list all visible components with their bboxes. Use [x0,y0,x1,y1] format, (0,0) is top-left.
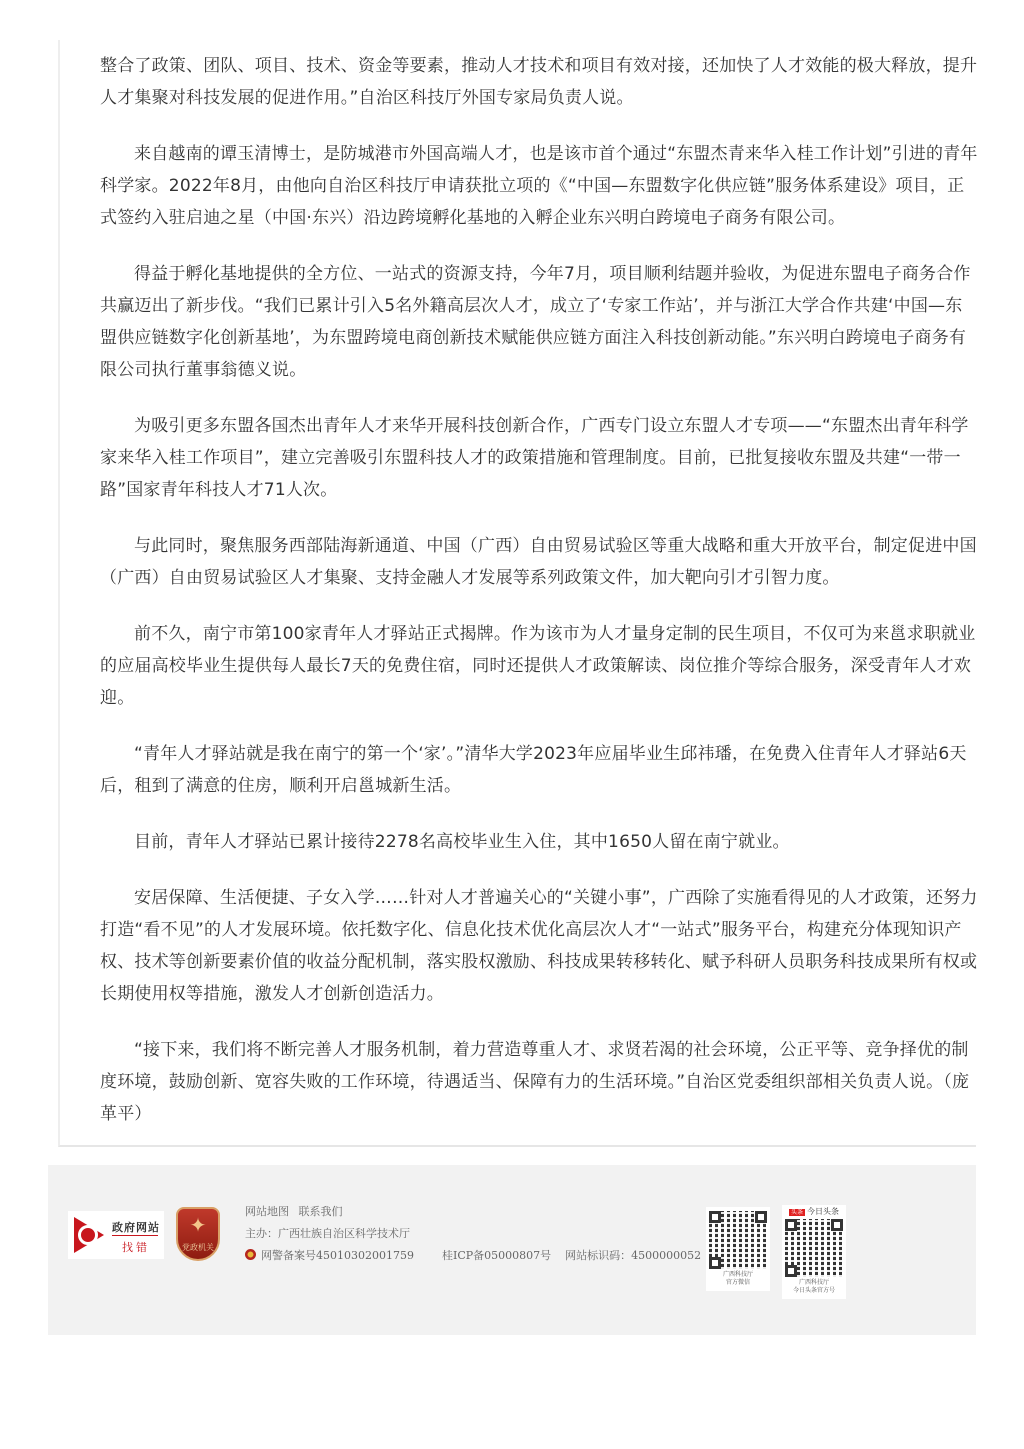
paragraph: 与此同时，聚焦服务西部陆海新通道、中国（广西）自由贸易试验区等重大战略和重大开放… [100,530,978,594]
qr-caption: 广西科技厅 [706,1271,770,1279]
toutiao-logo-icon: 头条 [789,1209,805,1216]
toutiao-header: 头条今日头条 [782,1207,846,1217]
logo-text-bottom: 找错 [122,1239,150,1255]
emblem-icon: ✦ [178,1213,218,1237]
site-id: 网站标识码：4500000052 [565,1249,701,1262]
badge-label: 党政机关 [178,1242,218,1253]
paragraph: “青年人才驿站就是我在南宁的第一个‘家’。”清华大学2023年应届毕业生邱祎璠，… [100,738,978,802]
magnifier-icon [78,1225,98,1245]
footer-info: 网站地图 联系我们 主办：广西壮族自治区科学技术厅 网警备案号450103020… [245,1201,715,1267]
paragraph: 安居保障、生活便捷、子女入学……针对人才普遍关心的“关键小事”，广西除了实施看得… [100,882,978,1010]
paragraph: 目前，青年人才驿站已累计接待2278名高校毕业生入住，其中1650人留在南宁就业… [100,826,978,858]
gov-site-error-report-logo[interactable]: 政府网站 找错 [68,1211,164,1259]
paragraph: 来自越南的谭玉清博士，是防城港市外国高端人才，也是该市首个通过“东盟杰青来华入桂… [100,138,978,234]
qr-code-image [785,1219,843,1277]
site-footer: 政府网站 找错 ✦ 党政机关 网站地图 联系我们 主办：广西壮族自治区科学技术厅… [48,1165,976,1335]
logo-text-top: 政府网站 [112,1219,160,1235]
record-row: 网警备案号45010302001759桂ICP备05000807号网站标识码：4… [245,1245,715,1267]
qr-code-image [709,1211,767,1269]
wechat-qr-code: 广西科技厅 官方微信 [706,1207,770,1291]
footer-links: 网站地图 联系我们 [245,1201,715,1223]
police-badge-icon [245,1249,256,1260]
divider [112,1235,158,1236]
paragraph: 前不久，南宁市第100家青年人才驿站正式揭牌。作为该市为人才量身定制的民生项目，… [100,618,978,714]
qr-caption: 官方微信 [706,1279,770,1287]
sponsor-text: 主办：广西壮族自治区科学技术厅 [245,1223,715,1245]
icp-link[interactable]: 桂ICP备05000807号 [442,1249,551,1262]
paragraph: 整合了政策、团队、项目、技术、资金等要素，推动人才技术和项目有效对接，还加快了人… [100,50,978,114]
sitemap-link[interactable]: 网站地图 [245,1205,289,1218]
contact-link[interactable]: 联系我们 [299,1205,343,1218]
qr-caption: 今日头条官方号 [782,1287,846,1295]
toutiao-qr-code: 头条今日头条 广西科技厅 今日头条官方号 [782,1205,846,1299]
paragraph: 为吸引更多东盟各国杰出青年人才来华开展科技创新合作，广西专门设立东盟人才专项——… [100,410,978,506]
party-gov-agency-badge[interactable]: ✦ 党政机关 [176,1207,220,1261]
article-content: 整合了政策、团队、项目、技术、资金等要素，推动人才技术和项目有效对接，还加快了人… [100,50,978,1154]
paragraph: 得益于孵化基地提供的全方位、一站式的资源支持，今年7月，项目顺利结题并验收，为促… [100,258,978,386]
police-record-link[interactable]: 网警备案号45010302001759 [261,1249,414,1262]
article-body: 整合了政策、团队、项目、技术、资金等要素，推动人才技术和项目有效对接，还加快了人… [58,40,976,1147]
toutiao-title: 今日头条 [807,1207,839,1216]
paragraph: “接下来，我们将不断完善人才服务机制，着力营造尊重人才、求贤若渴的社会环境，公正… [100,1034,978,1130]
qr-caption: 广西科技厅 [782,1279,846,1287]
